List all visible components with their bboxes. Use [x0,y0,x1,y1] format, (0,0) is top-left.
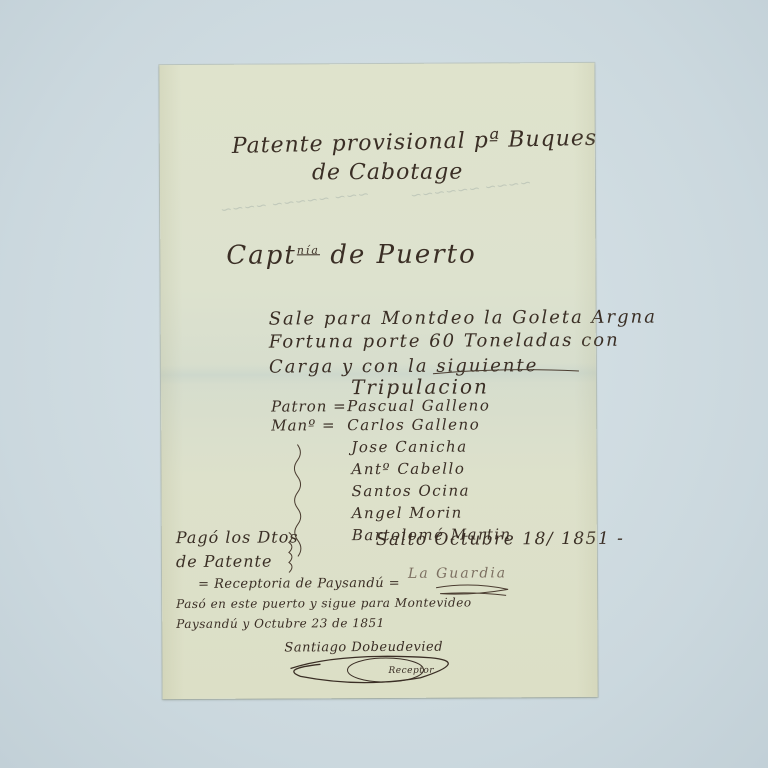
brace-mark [286,530,298,576]
heading-superscript: nía [297,244,320,257]
crew-name: Pascual Galleno [347,396,490,415]
receptoria-line-2: Paysandú y Octubre 23 de 1851 [176,616,385,631]
crew-role-marinero: Manº = [271,416,335,434]
heading-main: Capt [226,240,297,270]
document-title-line-2: de Cabotage [312,160,464,186]
place-date: Salto Octubre 18/ 1851 - [376,529,625,550]
bleed-through-text: ~~~ ~~~~~ ~~~~ [220,186,371,218]
port-captaincy-heading: Captnía de Puerto [226,239,477,270]
body-line-2: Fortuna porte 60 Toneladas con [269,330,620,353]
body-line-1: Sale para Montdeo la Goleta Argna [269,307,657,330]
crew-name: Angel Morin [352,504,463,523]
crew-name: Santos Ocina [352,482,471,501]
crew-title: Tripulacion [351,374,489,399]
receptor-mark: Receptor [388,666,434,676]
crew-role-patron: Patron = [271,397,347,415]
signature-captain: La Guardia [408,565,507,582]
receptoria-line-1: Pasó en este puerto y sigue para Montevi… [176,596,471,612]
historic-document-page: ~~~ ~~~~~ ~~~~ ~~~~ ~~~~~~ Patente provi… [159,63,597,699]
crew-name: Jose Canicha [351,438,467,457]
document-title-line-1: Patente provisional pª Buques [232,126,598,159]
fee-note-line-1: Pagó los Dtos [176,527,299,547]
heading-rest: de Puerto [330,239,477,270]
receptoria-title: = Receptoria de Paysandú = [198,576,400,592]
fee-note-line-2: de Patente [176,552,273,572]
crew-name: Antº Cabello [351,460,465,479]
crew-name: Carlos Galleno [347,415,480,434]
signature-flourish [280,648,470,689]
